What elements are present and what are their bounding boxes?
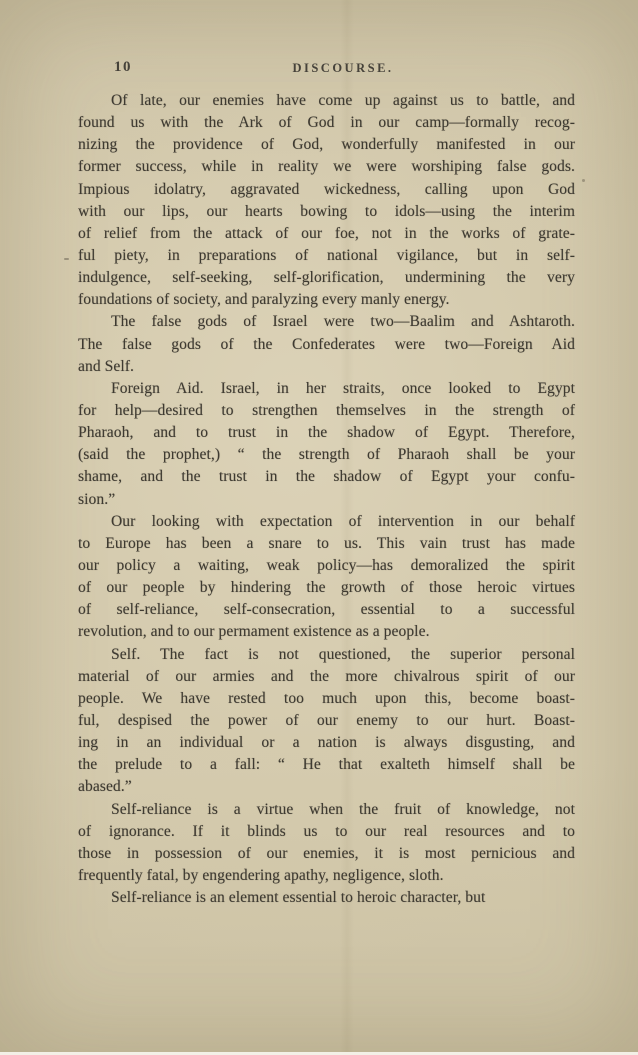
text-line: Impious idolatry, aggravated wickedness,… bbox=[78, 179, 575, 201]
text-line: Pharaoh, and to trust in the shadow of E… bbox=[78, 422, 575, 444]
text-line: of relief from the attack of our foe, no… bbox=[78, 223, 575, 245]
text-line: indulgence, self-seeking, self-glorifica… bbox=[78, 267, 575, 289]
text-block: Of late, our enemies have come up agains… bbox=[78, 90, 575, 909]
text-line: Self. The fact is not questioned, the su… bbox=[78, 644, 575, 666]
text-line: the prelude to a fall: “ He that exaltet… bbox=[78, 754, 575, 776]
text-line: frequently fatal, by engendering apathy,… bbox=[78, 865, 575, 887]
text-line: revolution, and to our permament existen… bbox=[78, 621, 575, 643]
text-line: material of our armies and the more chiv… bbox=[78, 666, 575, 688]
text-line: (said the prophet,) “ the strength of Ph… bbox=[78, 444, 575, 466]
text-line: and Self. bbox=[78, 356, 575, 378]
paragraph: Self. The fact is not questioned, the su… bbox=[78, 644, 575, 799]
paragraph: Our looking with expectation of interven… bbox=[78, 511, 575, 644]
text-line: ing in an individual or a nation is alwa… bbox=[78, 732, 575, 754]
text-line: Of late, our enemies have come up agains… bbox=[78, 90, 575, 112]
book-page-scan: 10 DISCOURSE. Of late, our enemies have … bbox=[0, 0, 638, 1055]
text-line: with our lips, our hearts bowing to idol… bbox=[78, 201, 575, 223]
text-line: those in possession of our enemies, it i… bbox=[78, 843, 575, 865]
text-line: Self-reliance is a virtue when the fruit… bbox=[78, 799, 575, 821]
text-line: found us with the Ark of God in our camp… bbox=[78, 112, 575, 134]
text-line: foundations of society, and paralyzing e… bbox=[78, 289, 575, 311]
text-line: of self-reliance, self-consecration, ess… bbox=[78, 599, 575, 621]
text-line: to Europe has been a snare to us. This v… bbox=[78, 533, 575, 555]
text-line: nizing the providence of God, wonderfull… bbox=[78, 134, 575, 156]
paragraph: The false gods of Israel were two—Baalim… bbox=[78, 311, 575, 377]
text-line: of ignorance. If it blinds us to our rea… bbox=[78, 821, 575, 843]
scan-speck bbox=[64, 258, 69, 260]
paragraph: Self-reliance is a virtue when the fruit… bbox=[78, 799, 575, 888]
text-line: shame, and the trust in the shadow of Eg… bbox=[78, 466, 575, 488]
text-line: Self-reliance is an element essential to… bbox=[78, 887, 575, 909]
text-line: our policy a waiting, weak policy—has de… bbox=[78, 555, 575, 577]
text-line: people. We have rested too much upon thi… bbox=[78, 688, 575, 710]
text-line: sion.” bbox=[78, 489, 575, 511]
text-line: The false gods of the Confederates were … bbox=[78, 334, 575, 356]
running-head-title: DISCOURSE. bbox=[48, 61, 638, 76]
scan-speck bbox=[582, 179, 585, 182]
paragraph: Of late, our enemies have come up agains… bbox=[78, 90, 575, 311]
text-line: The false gods of Israel were two—Baalim… bbox=[78, 311, 575, 333]
paragraph: Self-reliance is an element essential to… bbox=[78, 887, 575, 909]
text-line: Our looking with expectation of interven… bbox=[78, 511, 575, 533]
text-line: of our people by hindering the growth of… bbox=[78, 577, 575, 599]
text-line: abased.” bbox=[78, 776, 575, 798]
text-line: former success, while in reality we were… bbox=[78, 156, 575, 178]
running-header: 10 DISCOURSE. bbox=[0, 59, 638, 81]
text-line: ful, despised the power of our enemy to … bbox=[78, 710, 575, 732]
text-line: Foreign Aid. Israel, in her straits, onc… bbox=[78, 378, 575, 400]
text-line: for help—desired to strengthen themselve… bbox=[78, 400, 575, 422]
text-line: ful piety, in preparations of national v… bbox=[78, 245, 575, 267]
paragraph: Foreign Aid. Israel, in her straits, onc… bbox=[78, 378, 575, 511]
